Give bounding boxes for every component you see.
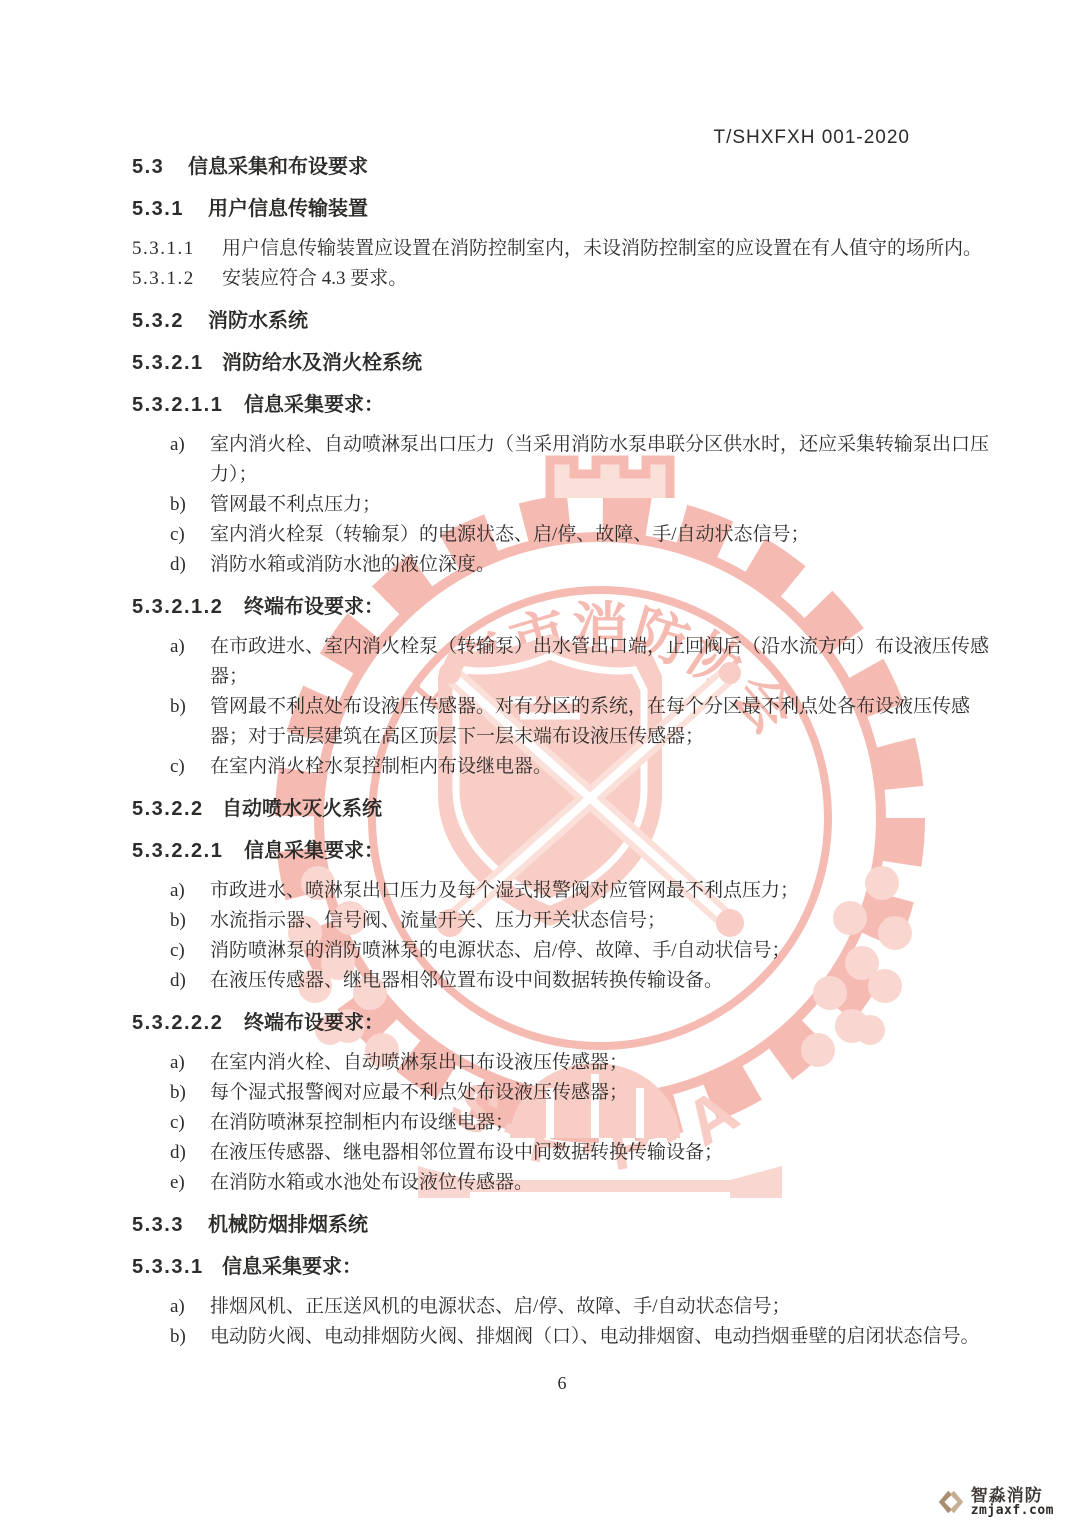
list-item-marker: a) (170, 430, 185, 460)
site-logo-text: 智淼消防 zmjaxf.com (971, 1487, 1054, 1518)
list-item: b)水流指示器、信号阀、流量开关、压力开关状态信号； (132, 906, 992, 936)
list-item-marker: a) (170, 1048, 185, 1078)
section-number: 5.3.3.1 (132, 1252, 222, 1282)
section-title: 自动喷水灭火系统 (222, 798, 382, 820)
list-item-text: 在消防喷淋泵控制柜内布设继电器； (210, 1112, 514, 1133)
clause-number: 5.3.1.1 (132, 234, 222, 264)
list-item-marker: b) (170, 490, 186, 520)
section-heading: 5.3.2.2自动喷水灭火系统 (132, 794, 992, 824)
section-title: 用户信息传输装置 (208, 198, 368, 220)
list-item: c)在室内消火栓水泵控制柜内布设继电器。 (132, 752, 992, 782)
section-heading: 5.3.2.2.1信息采集要求： (132, 836, 992, 866)
list-item: d)消防水箱或消防水池的液位深度。 (132, 550, 992, 580)
list-item-text: 在室内消火栓水泵控制柜内布设继电器。 (210, 756, 552, 777)
section-number: 5.3 (132, 152, 188, 182)
document-content: 5.3信息采集和布设要求5.3.1用户信息传输装置5.3.1.1用户信息传输装置… (0, 0, 1080, 1398)
list-item-text: 每个湿式报警阀对应最不利点处布设液压传感器； (210, 1082, 628, 1103)
list-item-marker: c) (170, 1108, 185, 1138)
list-item-marker: a) (170, 1292, 185, 1322)
list-item-text: 在液压传感器、继电器相邻位置布设中间数据转换传输设备。 (210, 970, 723, 991)
list-item: a)室内消火栓、自动喷淋泵出口压力（当采用消防水泵串联分区供水时，还应采集转输泵… (132, 430, 992, 490)
section-title: 消防给水及消火栓系统 (222, 352, 422, 374)
list-item: b)管网最不利点压力； (132, 490, 992, 520)
section-heading: 5.3.3.1信息采集要求： (132, 1252, 992, 1282)
section-heading: 5.3.2.1消防给水及消火栓系统 (132, 348, 992, 378)
list-item-text: 管网最不利点压力； (210, 494, 381, 515)
section-heading: 5.3.2.1.1信息采集要求： (132, 390, 992, 420)
section-number: 5.3.2.1.2 (132, 592, 244, 622)
section-title: 机械防烟排烟系统 (208, 1214, 368, 1236)
list-item-text: 消防喷淋泵的消防喷淋泵的电源状态、启/停、故障、手/自动状信号； (210, 940, 791, 961)
section-number: 5.3.2.2 (132, 794, 222, 824)
section-number: 5.3.2 (132, 306, 208, 336)
zhimiao-logo-icon (936, 1487, 966, 1517)
list-item: c)室内消火栓泵（转输泵）的电源状态、启/停、故障、手/自动状态信号； (132, 520, 992, 550)
list-item-marker: d) (170, 550, 186, 580)
section-title: 信息采集要求： (244, 394, 384, 416)
clause-text: 用户信息传输装置应设置在消防控制室内，未设消防控制室的应设置在有人值守的场所内。 (222, 234, 992, 264)
section-number: 5.3.2.2.2 (132, 1008, 244, 1038)
list-item: c)在消防喷淋泵控制柜内布设继电器； (132, 1108, 992, 1138)
section-heading: 5.3.2.1.2终端布设要求： (132, 592, 992, 622)
section-heading: 5.3信息采集和布设要求 (132, 152, 992, 182)
list-item-marker: e) (170, 1168, 185, 1198)
list-item: d)在液压传感器、继电器相邻位置布设中间数据转换传输设备。 (132, 966, 992, 996)
section-title: 消防水系统 (208, 310, 308, 332)
list-item: a)在市政进水、室内消火栓泵（转输泵）出水管出口端，止回阀后（沿水流方向）布设液… (132, 632, 992, 692)
section-number: 5.3.1 (132, 194, 208, 224)
list-item-text: 在消防水箱或水池处布设液位传感器。 (210, 1172, 533, 1193)
site-logo-name: 智淼消防 (971, 1487, 1054, 1505)
section-number: 5.3.2.1 (132, 348, 222, 378)
list-item-text: 排烟风机、正压送风机的电源状态、启/停、故障、手/自动状态信号； (210, 1296, 791, 1317)
document-page: 上海市消防协会 (0, 0, 1080, 1526)
section-title: 终端布设要求： (244, 596, 384, 618)
list-item-text: 水流指示器、信号阀、流量开关、压力开关状态信号； (210, 910, 666, 931)
list-item-marker: b) (170, 692, 186, 722)
section-number: 5.3.3 (132, 1210, 208, 1240)
list-item: d)在液压传感器、继电器相邻位置布设中间数据转换传输设备； (132, 1138, 992, 1168)
site-logo: 智淼消防 zmjaxf.com (936, 1487, 1054, 1518)
section-title: 终端布设要求： (244, 1012, 384, 1034)
list-item-text: 室内消火栓泵（转输泵）的电源状态、启/停、故障、手/自动状态信号； (210, 524, 810, 545)
list-item: b)管网最不利点处布设液压传感器。对有分区的系统，在每个分区最不利点处各布设液压… (132, 692, 992, 752)
clause-text: 安装应符合 4.3 要求。 (222, 264, 992, 294)
section-title: 信息采集和布设要求 (188, 156, 368, 178)
section-number: 5.3.2.1.1 (132, 390, 244, 420)
list-item-text: 电动防火阀、电动排烟防火阀、排烟阀（口）、电动排烟窗、电动挡烟垂壁的启闭状态信号… (210, 1326, 980, 1347)
list-item: c)消防喷淋泵的消防喷淋泵的电源状态、启/停、故障、手/自动状信号； (132, 936, 992, 966)
clause: 5.3.1.1用户信息传输装置应设置在消防控制室内，未设消防控制室的应设置在有人… (132, 234, 992, 264)
list-item-text: 在市政进水、室内消火栓泵（转输泵）出水管出口端，止回阀后（沿水流方向）布设液压传… (210, 636, 989, 687)
list-item-marker: c) (170, 752, 185, 782)
list-item-marker: d) (170, 1138, 186, 1168)
list-item-text: 室内消火栓、自动喷淋泵出口压力（当采用消防水泵串联分区供水时，还应采集转输泵出口… (210, 434, 989, 485)
section-heading: 5.3.2.2.2终端布设要求： (132, 1008, 992, 1038)
list-item: e)在消防水箱或水池处布设液位传感器。 (132, 1168, 992, 1198)
list-item-text: 在室内消火栓、自动喷淋泵出口布设液压传感器； (210, 1052, 628, 1073)
list-item: a)排烟风机、正压送风机的电源状态、启/停、故障、手/自动状态信号； (132, 1292, 992, 1322)
list-item: b)电动防火阀、电动排烟防火阀、排烟阀（口）、电动排烟窗、电动挡烟垂壁的启闭状态… (132, 1322, 992, 1352)
section-heading: 5.3.3机械防烟排烟系统 (132, 1210, 992, 1240)
section-heading: 5.3.1用户信息传输装置 (132, 194, 992, 224)
list-item-text: 管网最不利点处布设液压传感器。对有分区的系统，在每个分区最不利点处各布设液压传感… (210, 696, 970, 747)
section-title: 信息采集要求： (244, 840, 384, 862)
section-number: 5.3.2.2.1 (132, 836, 244, 866)
list-item-marker: a) (170, 632, 185, 662)
list-item: b)每个湿式报警阀对应最不利点处布设液压传感器； (132, 1078, 992, 1108)
list-item-marker: b) (170, 1078, 186, 1108)
list-item-marker: b) (170, 906, 186, 936)
list-item-marker: c) (170, 520, 185, 550)
list-item-text: 在液压传感器、继电器相邻位置布设中间数据转换传输设备； (210, 1142, 723, 1163)
doc-code: T/SHXFXH 001-2020 (713, 127, 910, 149)
page-number: 6 (132, 1368, 992, 1398)
list-item-text: 市政进水、喷淋泵出口压力及每个湿式报警阀对应管网最不利点压力； (210, 880, 799, 901)
section-title: 信息采集要求： (222, 1256, 362, 1278)
list-item-text: 消防水箱或消防水池的液位深度。 (210, 554, 495, 575)
list-item-marker: c) (170, 936, 185, 966)
clause-number: 5.3.1.2 (132, 264, 222, 294)
list-item: a)在室内消火栓、自动喷淋泵出口布设液压传感器； (132, 1048, 992, 1078)
section-heading: 5.3.2消防水系统 (132, 306, 992, 336)
clause: 5.3.1.2安装应符合 4.3 要求。 (132, 264, 992, 294)
list-item-marker: d) (170, 966, 186, 996)
list-item: a)市政进水、喷淋泵出口压力及每个湿式报警阀对应管网最不利点压力； (132, 876, 992, 906)
list-item-marker: a) (170, 876, 185, 906)
site-logo-domain: zmjaxf.com (971, 1504, 1054, 1518)
list-item-marker: b) (170, 1322, 186, 1352)
